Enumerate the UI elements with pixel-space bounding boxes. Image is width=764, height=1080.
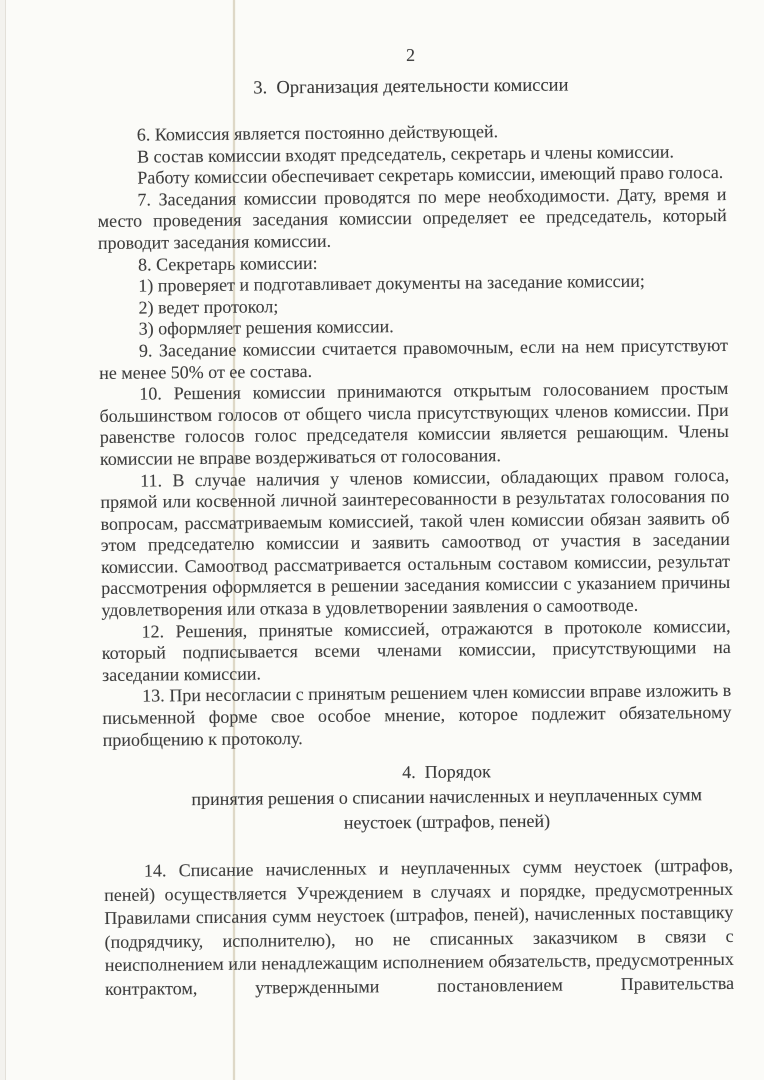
paragraph-13: 13. При несогласии с принятым решением ч… xyxy=(102,680,732,751)
section-4-heading-line-3: неустоек (штрафов, пеней) xyxy=(161,807,732,837)
scanned-document-page: { "page": { "number": "2" }, "section_3"… xyxy=(0,0,764,1080)
paragraph-10: 10. Решения комиссии принимаются открыты… xyxy=(99,378,729,470)
section-4-body: 14. Списание начисленных и неуплаченных … xyxy=(104,854,734,1001)
paragraph-7: 7. Заседания комиссии проводятся по мере… xyxy=(97,184,727,255)
section-4-heading: 4. Порядок принятия решения о списании н… xyxy=(103,757,733,838)
paragraph-14: 14. Списание начисленных и неуплаченных … xyxy=(104,854,734,1001)
paragraph-9: 9. Заседание комиссии считается правомоч… xyxy=(99,335,728,384)
paragraph-11: 11. В случае наличия у членов комиссии, … xyxy=(100,464,730,621)
page-number: 2 xyxy=(96,41,725,69)
paper-left-edge xyxy=(0,0,6,1080)
document-content: 2 3. Организация деятельности комиссии 6… xyxy=(96,41,734,1001)
section-3-heading: 3. Организация деятельности комиссии xyxy=(96,73,725,101)
section-3-body: 6. Комиссия является постоянно действующ… xyxy=(97,119,732,751)
paragraph-12: 12. Решения, принятые комиссией, отражаю… xyxy=(102,616,732,687)
